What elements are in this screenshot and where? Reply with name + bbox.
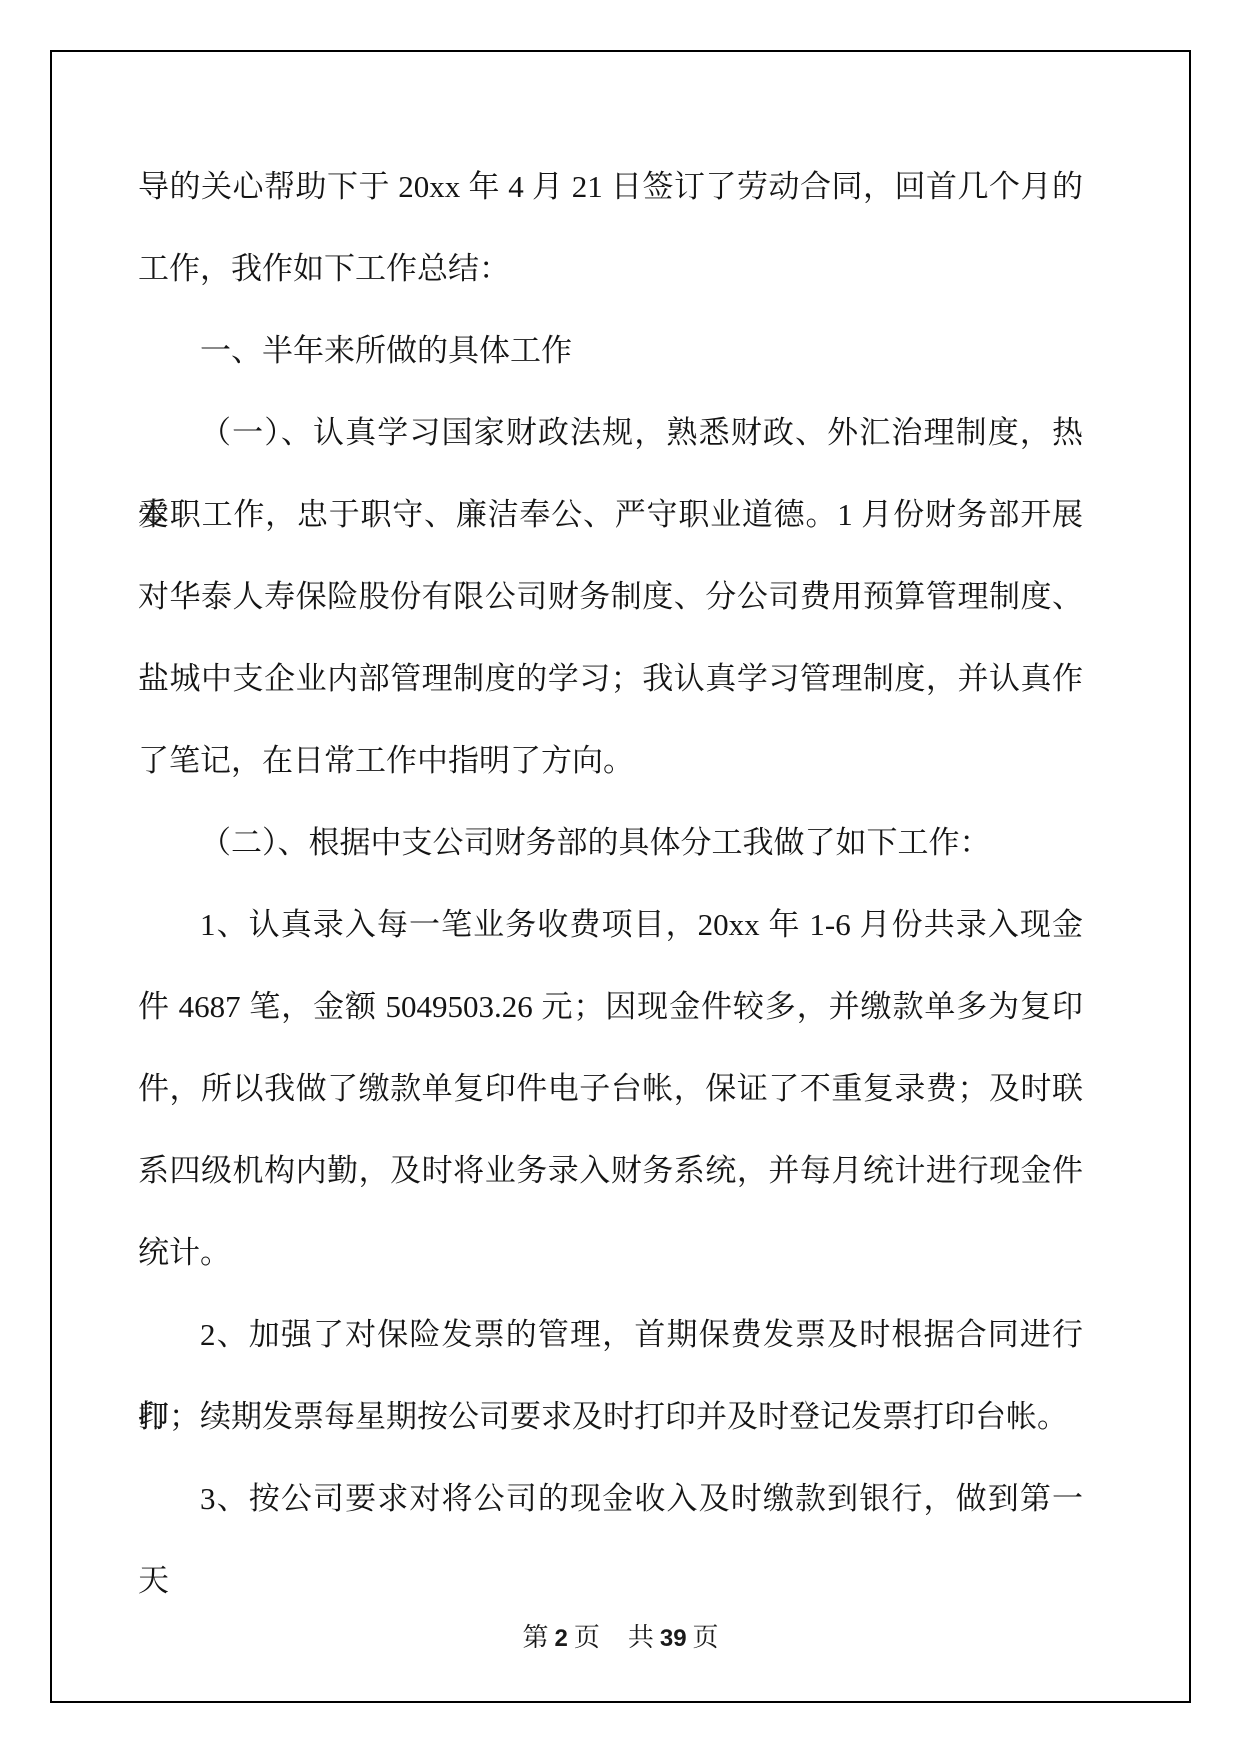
footer-current-page-number: 2 (554, 1625, 567, 1652)
text-line: 了笔记，在日常工作中指明了方向。 (138, 720, 1083, 802)
document-page: 导的关心帮助下于 20xx 年 4 月 21 日签订了劳动合同，回首几个月的工作… (0, 0, 1241, 1754)
footer-page-prefix: 第 (522, 1623, 548, 1652)
text-line: 工作，我作如下工作总结： (138, 228, 1083, 310)
text-line: 件，所以我做了缴款单复印件电子台帐，保证了不重复录费；及时联 (138, 1048, 1083, 1130)
footer-total-pages-number: 39 (660, 1625, 687, 1652)
text-line: 对华泰人寿保险股份有限公司财务制度、分公司费用预算管理制度、 (138, 556, 1083, 638)
text-line: 统计。 (138, 1212, 1083, 1294)
text-line: 件 4687 笔，金额 5049503.26 元；因现金件较多，并缴款单多为复印 (138, 966, 1083, 1048)
text-line: （一）、认真学习国家财政法规，熟悉财政、外汇治理制度，热爱 (138, 392, 1083, 474)
text-line: （二）、根据中支公司财务部的具体分工我做了如下工作： (138, 802, 1083, 884)
text-line: 3、按公司要求对将公司的现金收入及时缴款到银行，做到第一天 (138, 1458, 1083, 1540)
page-footer: 第2页共39页 (0, 1616, 1241, 1660)
text-line: 盐城中支企业内部管理制度的学习；我认真学习管理制度，并认真作 (138, 638, 1083, 720)
text-line: 1、认真录入每一笔业务收费项目，20xx 年 1-6 月份共录入现金 (138, 884, 1083, 966)
text-line: 印；续期发票每星期按公司要求及时打印并及时登记发票打印台帐。 (138, 1376, 1083, 1458)
text-line: 2、加强了对保险发票的管理，首期保费发票及时根据合同进行打 (138, 1294, 1083, 1376)
footer-total-unit: 页 (693, 1623, 719, 1652)
footer-total-prefix: 共 (628, 1623, 654, 1652)
document-body: 导的关心帮助下于 20xx 年 4 月 21 日签订了劳动合同，回首几个月的工作… (138, 146, 1083, 1540)
text-line: 一、半年来所做的具体工作 (138, 310, 1083, 392)
text-line: 本职工作，忠于职守、廉洁奉公、严守职业道德。1 月份财务部开展 (138, 474, 1083, 556)
text-line: 导的关心帮助下于 20xx 年 4 月 21 日签订了劳动合同，回首几个月的 (138, 146, 1083, 228)
text-line: 系四级机构内勤，及时将业务录入财务系统，并每月统计进行现金件 (138, 1130, 1083, 1212)
footer-page-unit: 页 (574, 1623, 600, 1652)
